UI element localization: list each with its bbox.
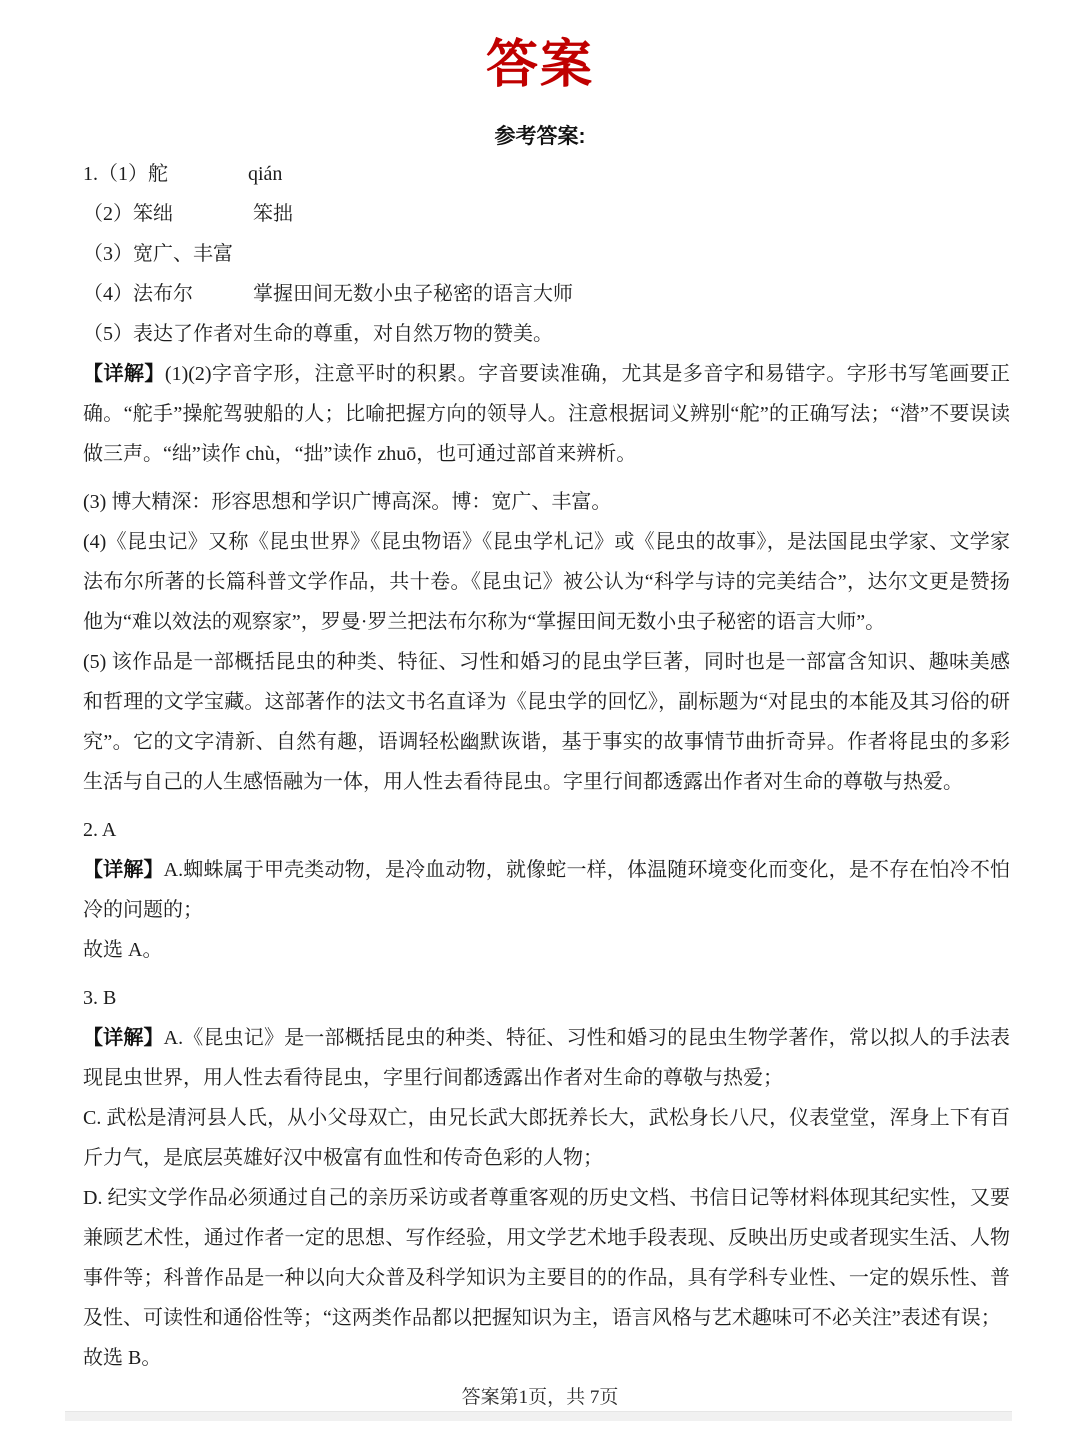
explanation-3-option-c: C. 武松是清河县人氏，从小父母双亡，由兄长武大郎抚养长大，武松身长八尺，仪表堂… bbox=[83, 1098, 1010, 1178]
answer-2-conclusion: 故选 A。 bbox=[83, 930, 1010, 970]
page-title: 答案 bbox=[0, 36, 1080, 96]
answer-1-item-2: （2）笨绌 笨拙 bbox=[83, 194, 1010, 234]
page-footer: 答案第1页，共 7页 bbox=[0, 1386, 1080, 1410]
explanation-1-item-5: (5) 该作品是一部概括昆虫的种类、特征、习性和婚习的昆虫学巨著，同时也是一部富… bbox=[83, 642, 1010, 802]
explanation-2: 【详解】A.蜘蛛属于甲壳类动物，是冷血动物，就像蛇一样，体温随环境变化而变化，是… bbox=[83, 850, 1010, 930]
explanation-label: 【详解】 bbox=[83, 363, 165, 385]
explanation-3-option-d: D. 纪实文学作品必须通过自己的亲历采访或者尊重客观的历史文档、书信日记等材料体… bbox=[83, 1178, 1010, 1338]
document-page: 答案 参考答案: 1.（1）舵 qián （2）笨绌 笨拙 （3）宽广、丰富 （… bbox=[0, 0, 1080, 1440]
explanation-2-text: A.蜘蛛属于甲壳类动物，是冷血动物，就像蛇一样，体温随环境变化而变化，是不存在怕… bbox=[83, 859, 1010, 921]
explanation-1: 【详解】(1)(2)字音字形，注意平时的积累。字音要读准确，尤其是多音字和易错字… bbox=[83, 354, 1010, 474]
explanation-1-item-3: (3) 博大精深：形容思想和学识广博高深。博：宽广、丰富。 bbox=[83, 482, 1010, 522]
answer-2: 2. A bbox=[83, 810, 1010, 850]
explanation-1-text: (1)(2)字音字形，注意平时的积累。字音要读准确，尤其是多音字和易错字。字形书… bbox=[83, 363, 1010, 465]
reference-answers-heading: 参考答案: bbox=[0, 124, 1080, 150]
page-edge-divider bbox=[65, 1411, 1012, 1421]
explanation-3: 【详解】A.《昆虫记》是一部概括昆虫的种类、特征、习性和婚习的昆虫生物学著作，常… bbox=[83, 1018, 1010, 1098]
answer-1-item-3: （3）宽广、丰富 bbox=[83, 234, 1010, 274]
explanation-1-item-4: (4)《昆虫记》又称《昆虫世界》《昆虫物语》《昆虫学札记》或《昆虫的故事》，是法… bbox=[83, 522, 1010, 642]
answer-3-conclusion: 故选 B。 bbox=[83, 1338, 1010, 1378]
answer-1-item-4: （4）法布尔 掌握田间无数小虫子秘密的语言大师 bbox=[83, 274, 1010, 314]
explanation-label: 【详解】 bbox=[83, 1027, 164, 1049]
answer-3: 3. B bbox=[83, 978, 1010, 1018]
explanation-label: 【详解】 bbox=[83, 859, 164, 881]
answer-1-item-5: （5）表达了作者对生命的尊重，对自然万物的赞美。 bbox=[83, 314, 1010, 354]
explanation-3-text-a: A.《昆虫记》是一部概括昆虫的种类、特征、习性和婚习的昆虫生物学著作，常以拟人的… bbox=[83, 1027, 1010, 1089]
answer-1-item-1: 1.（1）舵 qián bbox=[83, 154, 1010, 194]
answer-content: 1.（1）舵 qián （2）笨绌 笨拙 （3）宽广、丰富 （4）法布尔 掌握田… bbox=[83, 154, 1010, 1378]
